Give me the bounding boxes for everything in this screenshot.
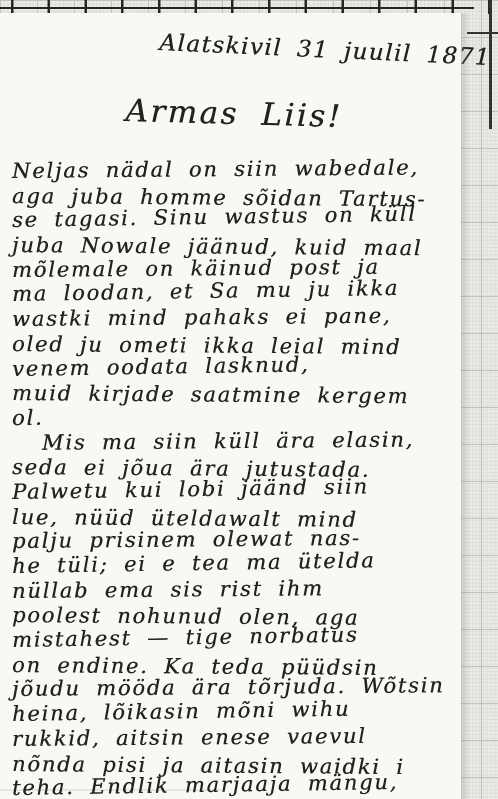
handwriting-line: Mis ma siin küll ära elasin, (12, 427, 454, 456)
handwriting-line: wastki mind pahaks ei pane, (12, 303, 454, 332)
letter-sheet: Alatskivil 31 juulil 1871 Armas Liis! Ne… (0, 13, 461, 799)
paragraph: Mis ma siin küll ära elasin,seda ei jõua… (12, 431, 454, 799)
handwriting-line: se tagasi. Sinu wastus on küll (12, 201, 454, 233)
handwriting-line: nüllab ema sis rist ihm (12, 575, 454, 604)
grid-bold-horizontal-line (467, 32, 498, 34)
letter-body: Neljas nädal on siin wabedale,aga juba h… (12, 159, 454, 799)
handwriting-line: rukkid, aitsin enese vaevul (12, 723, 454, 752)
paragraph: Neljas nädal on siin wabedale,aga juba h… (12, 159, 454, 431)
salutation: Armas Liis! (125, 93, 343, 135)
handwriting-line: ol. (12, 402, 454, 431)
handwriting-line: Neljas nädal on siin wabedale, (12, 155, 454, 184)
handwriting-line: ma loodan, et Sa mu ju ikka (12, 275, 454, 307)
dateline: Alatskivil 31 juulil 1871 (159, 30, 492, 71)
ruler-edge-line (0, 7, 474, 9)
